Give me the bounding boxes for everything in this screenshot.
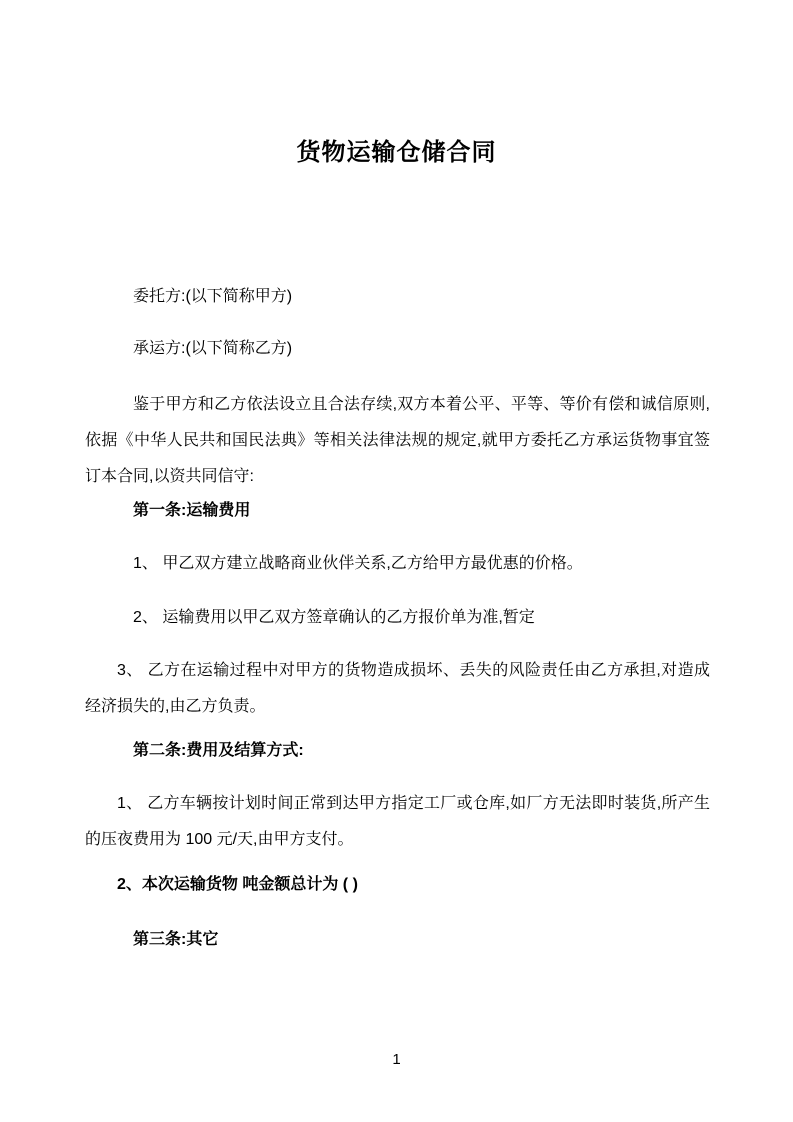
paragraph-5: 1、 甲乙双方建立战略商业伙伴关系,乙方给甲方最优惠的价格。 (85, 546, 710, 582)
paragraph-8: 第二条:费用及结算方式: (85, 733, 710, 769)
paragraph-7: 3、 乙方在运输过程中对甲方的货物造成损坏、丢失的风险责任由乙方承担,对造成经济… (85, 653, 710, 725)
paragraph-11: 第三条:其它 (85, 922, 710, 958)
document-page: 货物运输仓储合同 委托方:(以下简称甲方)承运方:(以下简称乙方)鉴于甲方和乙方… (0, 0, 793, 1122)
paragraph-4: 第一条:运输费用 (85, 493, 710, 529)
paragraph-2: 承运方:(以下简称乙方) (85, 331, 710, 367)
paragraph-1: 委托方:(以下简称甲方) (85, 279, 710, 315)
document-title: 货物运输仓储合同 (0, 136, 793, 170)
paragraph-3: 鉴于甲方和乙方依法设立且合法存续,双方本着公平、平等、等价有偿和诚信原则,依据《… (85, 387, 710, 495)
page-number: 1 (0, 1049, 793, 1071)
paragraph-10: 2、本次运输货物 吨金额总计为 ( ) (85, 867, 710, 903)
paragraph-6: 2、 运输费用以甲乙双方签章确认的乙方报价单为准,暂定 (85, 600, 710, 636)
paragraph-9: 1、 乙方车辆按计划时间正常到达甲方指定工厂或仓库,如厂方无法即时装货,所产生的… (85, 786, 710, 858)
